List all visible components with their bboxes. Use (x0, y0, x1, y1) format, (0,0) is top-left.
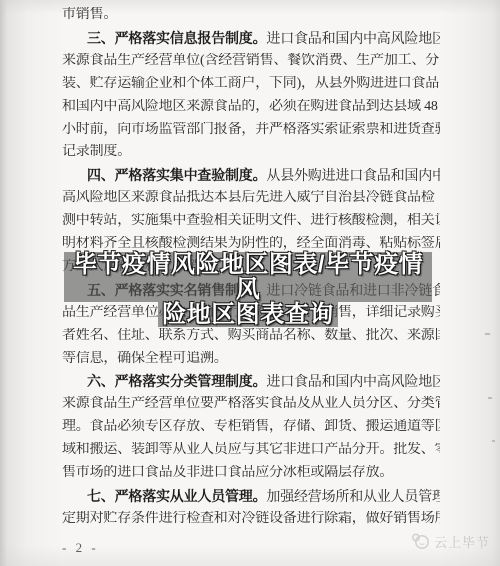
document-line: 测中转站，实施集中查验相关证明文件、进行核酸检测，相关证 (62, 213, 440, 234)
cloud-logo-icon (411, 532, 430, 550)
document-line: 记录制度。 (62, 144, 440, 165)
overlay-title-line1: 毕节疫情风险地区图表/毕节疫情风 (64, 252, 432, 302)
text-segment: 市销售。 (62, 7, 117, 22)
text-segment: 者姓名、住址、联系方式、购买商品名称、数量、批次、来源国 (62, 328, 440, 343)
document-line: 等信息，确保全程可追溯。 (62, 351, 440, 372)
text-segment: 等信息，确保全程可追溯。 (62, 351, 228, 366)
document-line: 定期对贮存条件进行检查和对冷链设备进行除霜，做好销售场所 (62, 511, 440, 532)
heading-segment: 七、严格落实从业人员管理。 (87, 488, 266, 504)
watermark-label: 云上毕节 (434, 532, 490, 551)
text-segment: 和国内中高风险地区来源食品的，必须在购进食品到达县域 48 (62, 99, 438, 114)
watermark: 云上毕节 (411, 530, 496, 552)
scan-speckle (488, 397, 492, 399)
text-segment: 记录制度。 (62, 144, 131, 159)
text-segment: 定期对贮存条件进行检查和对冷链设备进行除霜，做好销售场所 (62, 511, 440, 526)
heading-segment: 六、严格落实分类管理制度。 (87, 373, 266, 389)
document-line: 六、严格落实分类管理制度。进口食品和国内中高风险地区 (62, 373, 440, 394)
document-line: 和国内中高风险地区来源食品的，必须在购进食品到达县域 48 (62, 99, 440, 120)
document-line: 理。食品必须专区存放、专柜销售，存储、卸货、搬运通道等区 (62, 419, 440, 440)
overlay-title: 毕节疫情风险地区图表/毕节疫情风险地区图表查询 (64, 252, 432, 327)
scan-speckle (492, 440, 495, 442)
scan-speckle (485, 333, 490, 335)
document-line: 者姓名、住址、联系方式、购买商品名称、数量、批次、来源国 (62, 328, 440, 349)
overlay-title-line2: 险地区图表查询 (158, 302, 338, 327)
text-segment: 加强经营场所和从业人员管理， (266, 490, 440, 505)
text-segment: 装、贮存运输企业和个体工商户，下同)，从县外购进进口食品 (62, 76, 439, 91)
text-segment: 域和搬运、装卸等从业人员应与其它非进口产品分开。批发、零 (62, 442, 440, 457)
document-line: 四、严格落实集中查验制度。从县外购进进口食品和国内中 (62, 167, 440, 188)
text-segment: 售市场的进口食品及非进口食品应分冰柜或隔层存放。 (62, 465, 393, 480)
document-line: 来源食品生产经营单位(含经营销售、餐饮消费、生产加工、分 (62, 53, 440, 74)
text-segment: 明材料齐全且核酸检测结果为阴性的，经全面消毒、粘贴标签后， (62, 236, 440, 251)
text-segment: 理。食品必须专区存放、专柜销售，存储、卸货、搬运通道等区 (62, 419, 440, 434)
text-segment: 测中转站，实施集中查验相关证明文件、进行核酸检测，相关证 (62, 213, 440, 228)
text-segment: 进口食品和国内中高风险地区 (266, 32, 440, 47)
text-segment: 进口食品和国内中高风险地区 (266, 375, 440, 390)
text-segment: 来源食品生产经营单位(含经营销售、餐饮消费、生产加工、分 (62, 53, 439, 68)
document-line: 三、严格落实信息报告制度。进口食品和国内中高风险地区 (62, 30, 440, 51)
heading-segment: 四、严格落实集中查验制度。 (87, 167, 266, 183)
text-segment: 高风险地区来源食品抵达本县后先进入威宁自治县冷链食品检 (62, 190, 435, 205)
document-line: 装、贮存运输企业和个体工商户，下同)，从县外购进进口食品 (62, 76, 440, 97)
page-number: - 2 - (62, 540, 99, 556)
text-segment: 从县外购进进口食品和国内中 (266, 169, 440, 184)
document-line: 七、严格落实从业人员管理。加强经营场所和从业人员管理， (62, 488, 440, 509)
document-line: 市销售。 (62, 7, 440, 28)
document-line: 高风险地区来源食品抵达本县后先进入威宁自治县冷链食品检 (62, 190, 440, 211)
document-line: 域和搬运、装卸等从业人员应与其它非进口产品分开。批发、零 (62, 442, 440, 463)
scanned-document-page: 市销售。三、严格落实信息报告制度。进口食品和国内中高风险地区来源食品生产经营单位… (0, 0, 500, 566)
text-segment: 来源食品生产经营单位要严格落实食品及从业人员分区、分类管 (62, 396, 440, 411)
text-segment: 小时前，向市场监管部门报备，并严格落实索证索票和进货查验 (62, 122, 440, 137)
document-line: 小时前，向市场监管部门报备，并严格落实索证索票和进货查验 (62, 122, 440, 143)
document-line: 来源食品生产经营单位要严格落实食品及从业人员分区、分类管 (62, 396, 440, 417)
document-line: 售市场的进口食品及非进口食品应分冰柜或隔层存放。 (62, 465, 440, 486)
heading-segment: 三、严格落实信息报告制度。 (87, 30, 266, 46)
